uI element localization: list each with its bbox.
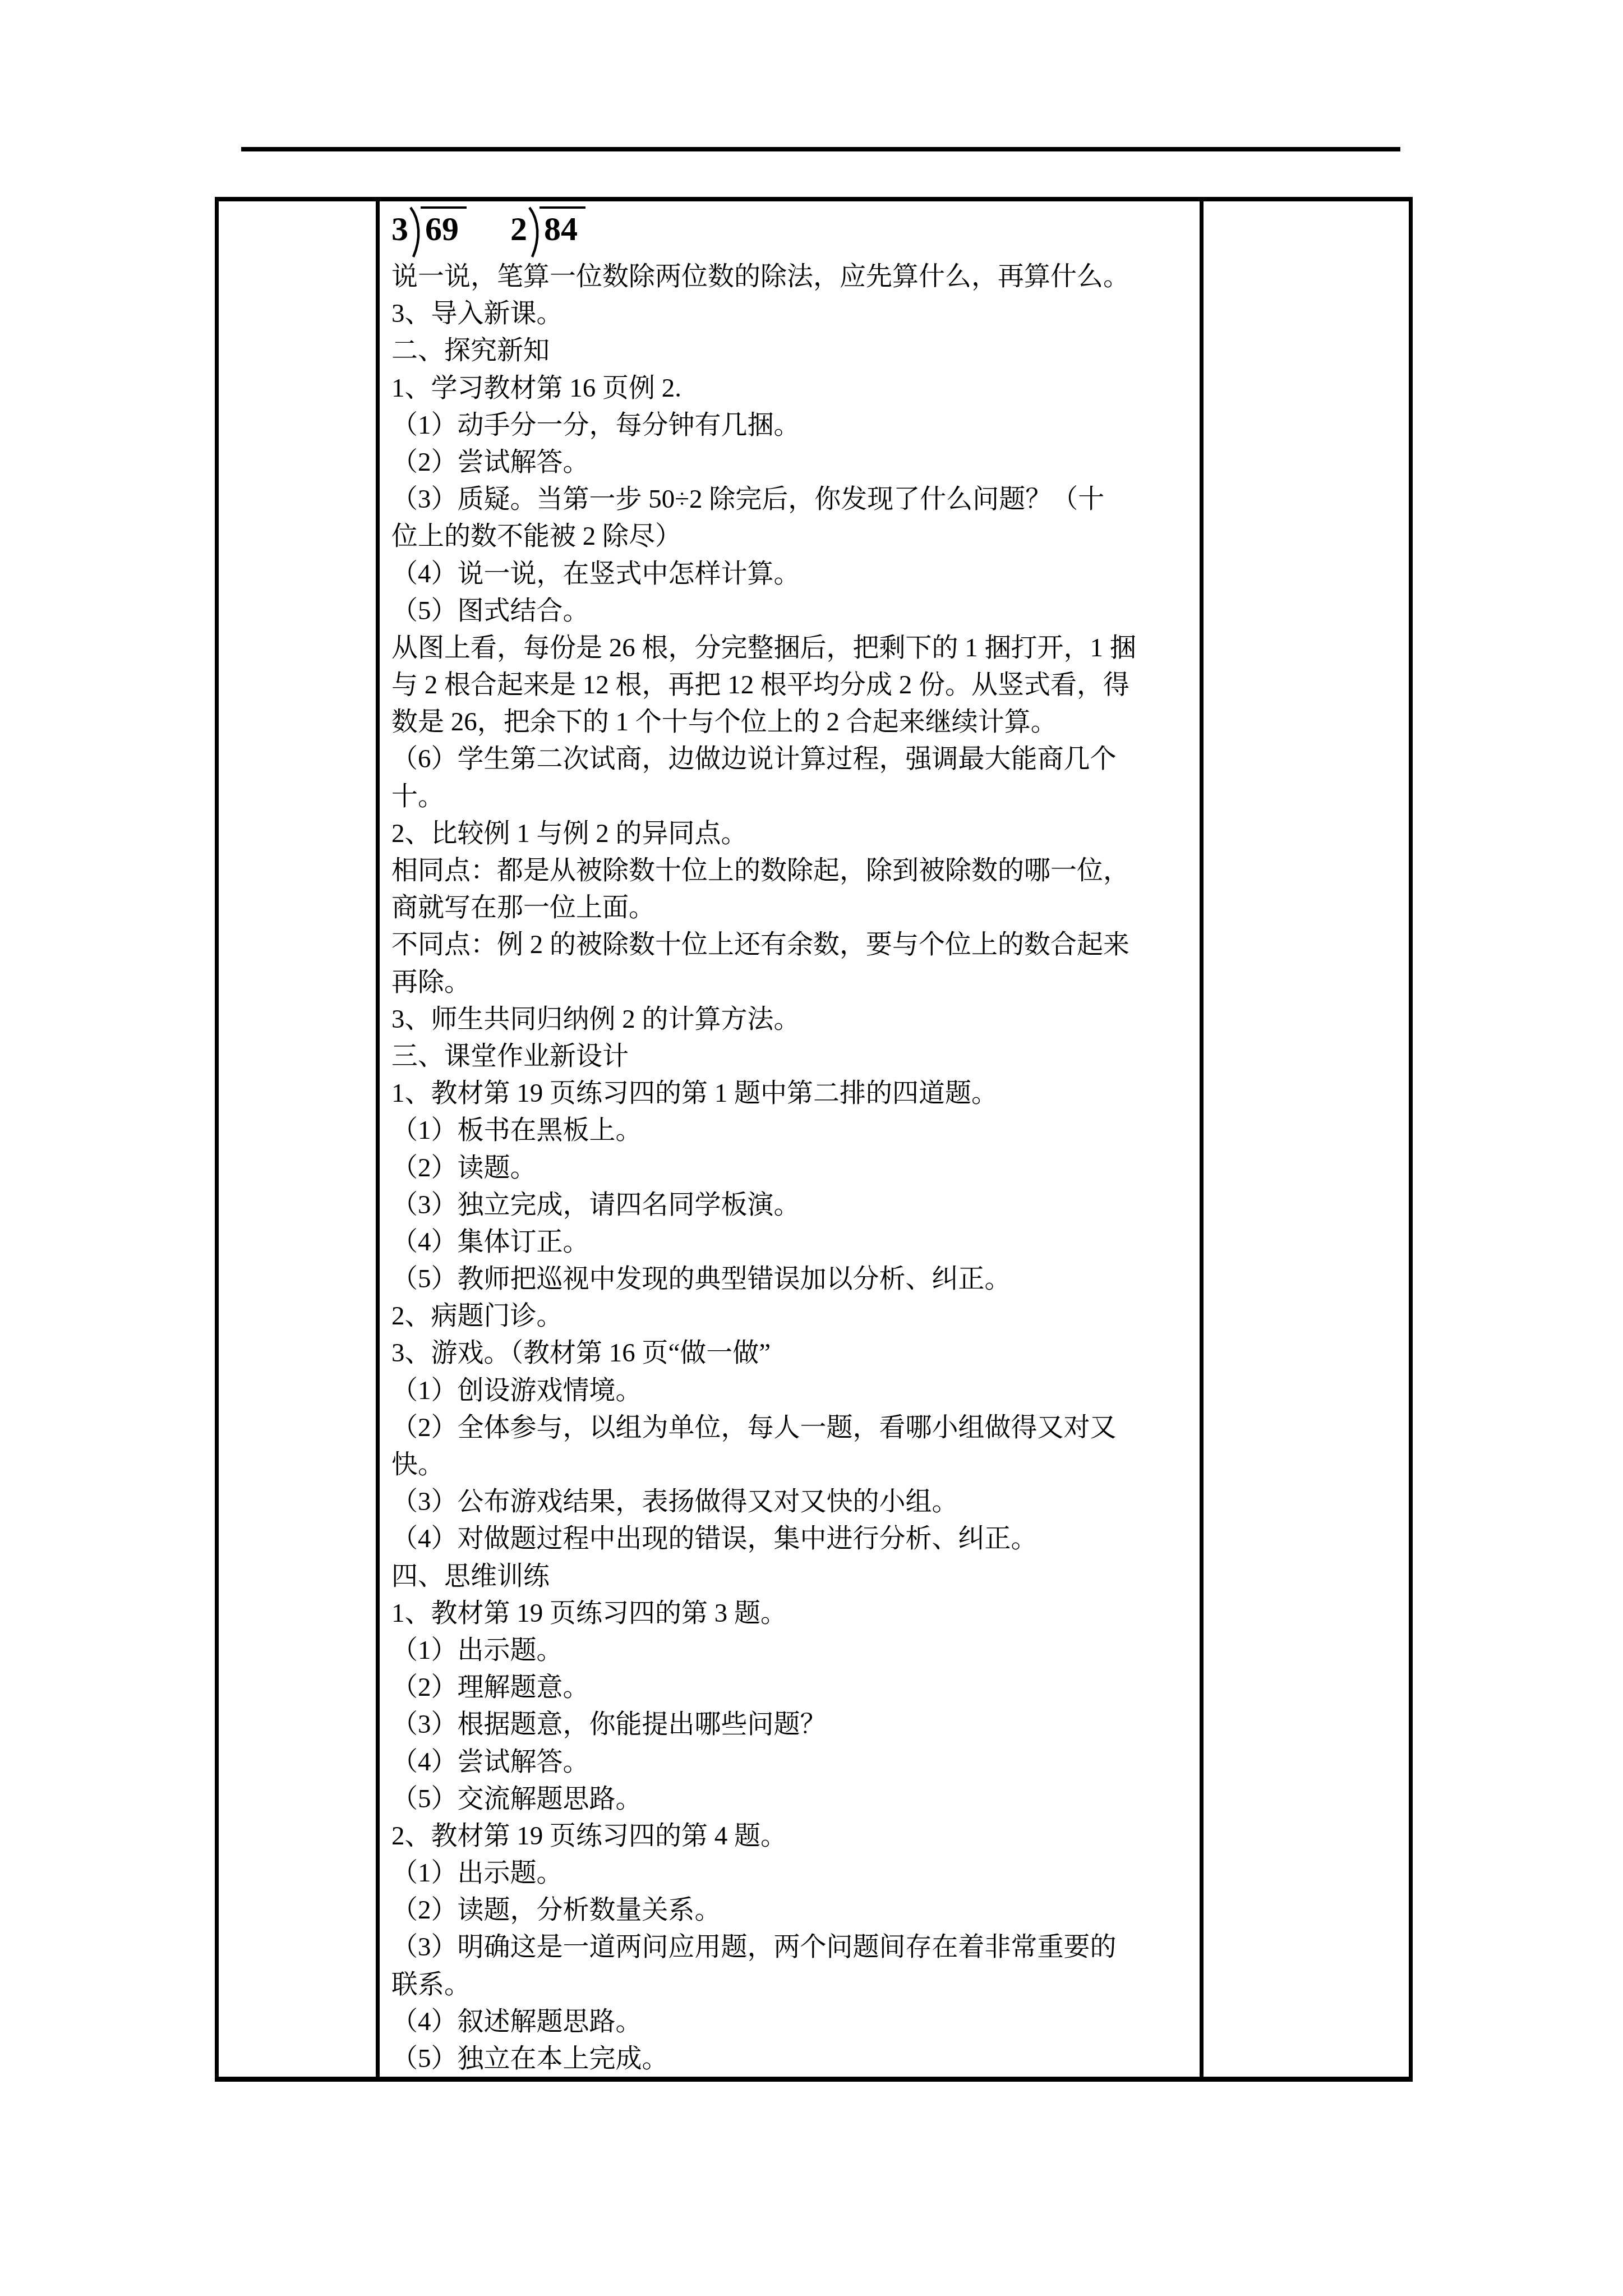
text-line: 四、思维训练 — [391, 1558, 1200, 1595]
text-line: 3、师生共同归纳例 2 的计算方法。 — [391, 1001, 1200, 1038]
text-line: （3）根据题意，你能提出哪些问题？ — [391, 1706, 1200, 1743]
text-line: 二、探究新知 — [391, 332, 1200, 369]
text-line: （3）明确这是一道两问应用题，两个问题间存在着非常重要的 — [391, 1929, 1200, 1966]
text-line: 1、教材第 19 页练习四的第 3 题。 — [391, 1595, 1200, 1632]
text-line: 相同点：都是从被除数十位上的数除起，除到被除数的哪一位， — [391, 852, 1200, 889]
text-line: （5）交流解题思路。 — [391, 1780, 1200, 1818]
text-line: （2）全体参与，以组为单位，每人一题，看哪小组做得又对又 — [391, 1409, 1200, 1446]
text-line: 从图上看，每份是 26 根，分完整捆后，把剩下的 1 捆打开，1 捆 — [391, 629, 1200, 666]
text-line: （1）板书在黑板上。 — [391, 1112, 1200, 1149]
text-line: 商就写在那一位上面。 — [391, 889, 1200, 926]
text-line: 1、学习教材第 16 页例 2. — [391, 370, 1200, 407]
text-line: （1）出示题。 — [391, 1632, 1200, 1669]
table-left-column — [219, 201, 380, 2077]
text-line: 联系。 — [391, 1966, 1200, 2003]
text-line: 快。 — [391, 1446, 1200, 1483]
text-line: （2）理解题意。 — [391, 1669, 1200, 1706]
table-right-column — [1204, 201, 1409, 2077]
text-line: （1）创设游戏情境。 — [391, 1372, 1200, 1409]
text-line: （2）尝试解答。 — [391, 444, 1200, 481]
text-line: 3、游戏。（教材第 16 页“做一做” — [391, 1335, 1200, 1372]
long-division-row: 369284 — [391, 201, 1200, 258]
long-division-expression: 369 — [391, 206, 467, 258]
text-line: 3、导入新课。 — [391, 295, 1200, 332]
text-line: 2、病题门诊。 — [391, 1297, 1200, 1335]
text-line: （4）说一说，在竖式中怎样计算。 — [391, 555, 1200, 592]
text-line: 三、课堂作业新设计 — [391, 1038, 1200, 1075]
table-main-column: 369284 说一说，笔算一位数除两位数的除法，应先算什么，再算什么。3、导入新… — [380, 201, 1204, 2077]
text-line: （2）读题。 — [391, 1149, 1200, 1186]
text-line: 与 2 根合起来是 12 根，再把 12 根平均分成 2 份。从竖式看，得 — [391, 666, 1200, 703]
long-division-expression: 284 — [510, 206, 585, 258]
text-line: （1）动手分一分，每分钟有几捆。 — [391, 407, 1200, 444]
text-line: 十。 — [391, 778, 1200, 815]
text-line: 2、教材第 19 页练习四的第 4 题。 — [391, 1818, 1200, 1855]
text-line: （1）出示题。 — [391, 1855, 1200, 1892]
text-line: （4）叙述解题思路。 — [391, 2003, 1200, 2040]
lesson-plan-table: 369284 说一说，笔算一位数除两位数的除法，应先算什么，再算什么。3、导入新… — [215, 197, 1413, 2082]
text-line: （3）质疑。当第一步 50÷2 除完后，你发现了什么问题？（十 — [391, 481, 1200, 518]
text-line: 1、教材第 19 页练习四的第 1 题中第二排的四道题。 — [391, 1075, 1200, 1112]
text-line: （4）尝试解答。 — [391, 1743, 1200, 1780]
division-dividend: 84 — [540, 206, 585, 246]
text-line: （5）教师把巡视中发现的典型错误加以分析、纠正。 — [391, 1260, 1200, 1297]
top-rule — [241, 147, 1400, 151]
text-line: 2、比较例 1 与例 2 的异同点。 — [391, 815, 1200, 852]
division-dividend: 69 — [421, 206, 467, 246]
text-line: 说一说，笔算一位数除两位数的除法，应先算什么，再算什么。 — [391, 258, 1200, 295]
division-divisor: 3 — [391, 212, 408, 246]
text-line: （6）学生第二次试商，边做边说计算过程，强调最大能商几个 — [391, 740, 1200, 777]
text-line: 位上的数不能被 2 除尽） — [391, 518, 1200, 555]
text-line: （3）独立完成，请四名同学板演。 — [391, 1186, 1200, 1223]
text-line: （4）集体订正。 — [391, 1223, 1200, 1260]
text-line: （3）公布游戏结果，表扬做得又对又快的小组。 — [391, 1483, 1200, 1520]
division-divisor: 2 — [510, 212, 527, 246]
lesson-text-block: 说一说，笔算一位数除两位数的除法，应先算什么，再算什么。3、导入新课。二、探究新… — [391, 258, 1200, 2077]
text-line: （5）独立在本上完成。 — [391, 2040, 1200, 2077]
text-line: （5）图式结合。 — [391, 592, 1200, 629]
text-line: （4）对做题过程中出现的错误，集中进行分析、纠正。 — [391, 1520, 1200, 1557]
text-line: 不同点：例 2 的被除数十位上还有余数，要与个位上的数合起来 — [391, 926, 1200, 963]
text-line: 再除。 — [391, 964, 1200, 1001]
text-line: 数是 26，把余下的 1 个十与个位上的 2 合起来继续计算。 — [391, 703, 1200, 740]
text-line: （2）读题，分析数量关系。 — [391, 1892, 1200, 1929]
